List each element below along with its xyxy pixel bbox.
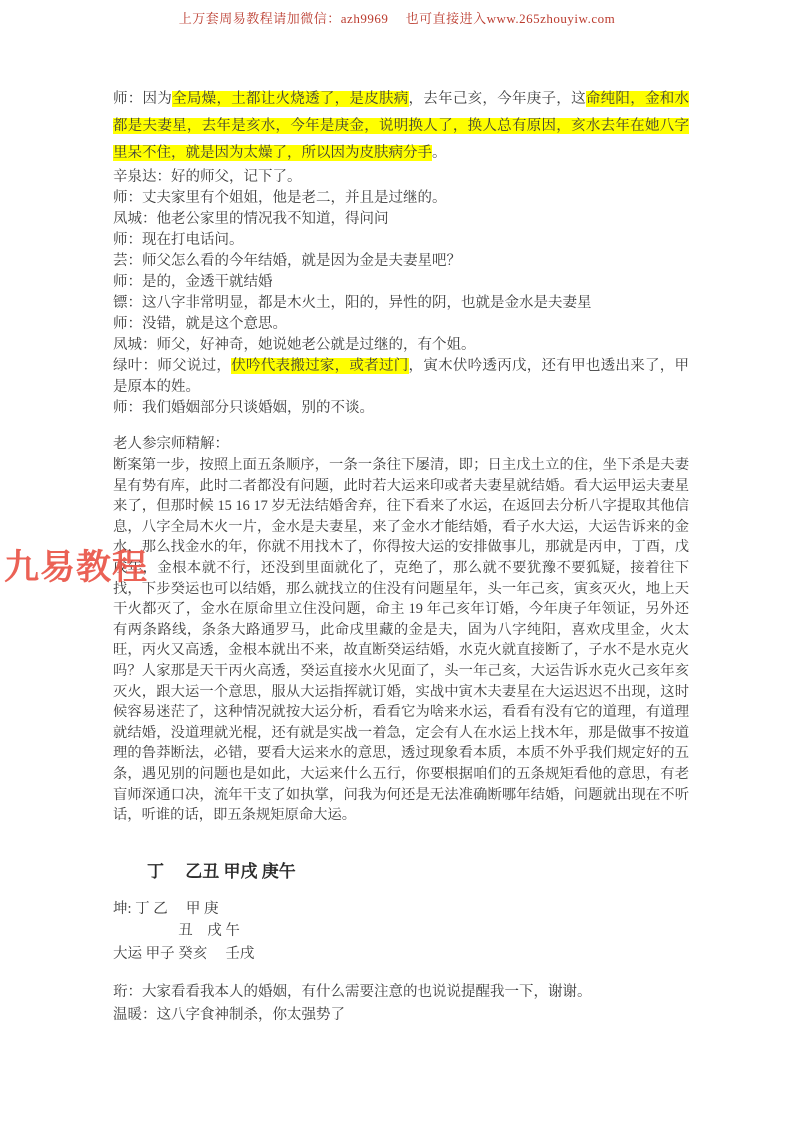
dialogue-line: 师：我们婚姻部分只谈婚姻，别的不谈。 [113, 398, 689, 419]
dialogue-line: 镖：这八字非常明显，都是木火土，阳的，异性的阴，也就是金水是夫妻星 [113, 293, 689, 314]
dialogue-line: 芸：师父怎么看的今年结婚，就是因为金是夫妻星吧？ [113, 251, 689, 272]
plain-text: 绿叶：师父说过， [113, 358, 231, 374]
highlighted-text: 全局燥，土都让火烧透了，是皮肤病 [172, 91, 408, 107]
document-page: 上万套周易教程请加微信：azh9969 也可直接进入www.265zhouyiw… [0, 0, 794, 1123]
dialogue-line: 辛泉达：好的师父，记下了。 [113, 167, 689, 188]
bazi-chart-line: 大运 甲子 癸亥 壬戌 [113, 943, 689, 966]
dialogue-paragraph-highlighted: 师：因为全局燥，土都让火烧透了，是皮肤病，去年己亥，今年庚子，这命纯阳，金和水都… [113, 86, 689, 167]
dialogue-line: 师：现在打电话问。 [113, 230, 689, 251]
analysis-paragraph: 断案第一步，按照上面五条顺序，一条一条往下屡清，即；日主戊土立的住，坐下杀是夫妻… [113, 455, 689, 826]
dialogue-block-2: 珩：大家看看我本人的婚姻，有什么需要注意的也说说提醒我一下，谢谢。温暖：这八字食… [113, 981, 689, 1027]
plain-text: 。 [432, 145, 447, 161]
dialogue-line: 师：是的，金透干就结婚 [113, 272, 689, 293]
analysis-section-title: 老人参宗师精解： [113, 433, 689, 455]
dialogue-closing-line: 师：我们婚姻部分只谈婚姻，别的不谈。 [113, 398, 689, 419]
dialogue-line-highlighted: 绿叶：师父说过，伏吟代表搬过家，或者过门，寅木伏吟透丙戊，还有甲也透出来了，甲是… [113, 356, 689, 398]
promo-header-text: 上万套周易教程请加微信：azh9969 也可直接进入www.265zhouyiw… [0, 8, 794, 27]
dialogue-line: 师：丈夫家里有个姐姐，他是老二，并且是过继的。 [113, 188, 689, 209]
document-body: 师：因为全局燥，土都让火烧透了，是皮肤病，去年己亥，今年庚子，这命纯阳，金和水都… [113, 86, 689, 1027]
highlighted-text: 伏吟代表搬过家，或者过门 [231, 358, 408, 374]
plain-text: ，去年己亥，今年庚子，这 [409, 91, 586, 107]
bazi-pillars-heading: 丁 乙丑 甲戌 庚午 [147, 860, 689, 884]
dialogue-line: 凤城：师父，好神奇，她说她老公就是过继的，有个姐。 [113, 335, 689, 356]
dialogue-line: 温暖：这八字食神制杀，你太强势了 [113, 1004, 689, 1027]
bazi-chart-line: 坤: 丁 乙 甲 庚 [113, 898, 689, 921]
bazi-chart-line: 丑 戌 午 [113, 920, 689, 943]
plain-text: 师：因为 [113, 91, 172, 107]
dialogue-block-1: 辛泉达：好的师父，记下了。师：丈夫家里有个姐姐，他是老二，并且是过继的。凤城：他… [113, 167, 689, 356]
bazi-chart: 坤: 丁 乙 甲 庚 丑 戌 午大运 甲子 癸亥 壬戌 [113, 898, 689, 966]
dialogue-line: 珩：大家看看我本人的婚姻，有什么需要注意的也说说提醒我一下，谢谢。 [113, 981, 689, 1004]
dialogue-line: 师：没错，就是这个意思。 [113, 314, 689, 335]
dialogue-line: 凤城：他老公家里的情况我不知道，得问问 [113, 209, 689, 230]
